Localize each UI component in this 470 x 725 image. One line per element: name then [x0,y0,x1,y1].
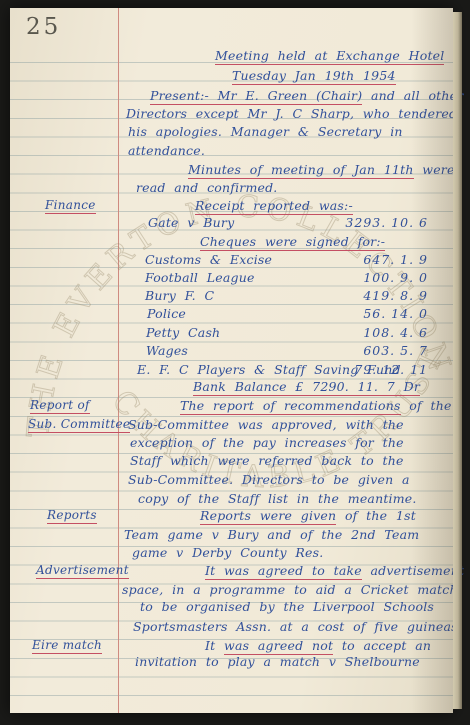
text: Police [147,306,186,321]
text: Team game v Bury and of the 2nd Team [124,527,419,542]
handwriting-line: Sportsmasters Assn. at a cost of five gu… [133,619,458,634]
text: Bury F. C [145,288,214,303]
page-fold-shadow [411,8,453,713]
text: read and confirmed. [136,180,277,195]
margin-note: Finance [45,198,96,214]
text: Wages [146,343,188,358]
text: copy of the Staff list in the meantime. [138,491,417,506]
handwriting-line: Wages [146,343,188,358]
ledger-page: 25 THE EVERTON COLLECTION CHARITABLE TRU… [10,8,453,713]
handwriting-line: copy of the Staff list in the meantime. [138,491,417,506]
text: It [205,638,224,653]
underlined-text: Bank Balance £ 7290. 11. 7 Dr [193,379,420,396]
handwriting-line: game v Derby County Res. [132,545,323,560]
book-fore-edge [453,12,462,709]
handwriting-line: read and confirmed. [136,180,277,195]
text: attendance. [128,143,205,158]
handwriting-line: It was agreed not to accept an [205,638,431,653]
handwriting-line: Receipt reported was:- [195,198,353,213]
handwriting-line: Gate v Bury [148,215,234,230]
text: Petty Cash [146,325,220,340]
underlined-text: Present:- Mr E. Green (Chair) [150,88,362,105]
text: exception of the pay increases for the [130,435,404,450]
handwriting-line: Team game v Bury and of the 2nd Team [124,527,419,542]
underlined-text: It was agreed to take [205,563,362,580]
handwriting-line: Sub-Committee. Directors to be given a [128,472,410,487]
text: invitation to play a match v Shelbourne [135,654,420,669]
handwriting-line: Police [147,306,186,321]
text: of the 1st [336,508,416,523]
handwriting-line: Football League [145,270,255,285]
handwriting-line: his apologies. Manager & Secretary in [128,124,403,139]
underlined-text: Tuesday Jan 19th 1954 [232,68,396,85]
handwriting-line: Sub-Committee was approved, with the [128,417,404,432]
text: Gate v Bury [148,215,234,230]
margin-note: Sub. Committee [28,417,130,433]
text: Directors except Mr J. C Sharp, who tend… [126,106,457,121]
handwriting-line: Staff which were referred back to the [130,453,404,468]
handwriting-line: Reports were given of the 1st [200,508,416,523]
page-number: 25 [26,14,61,40]
handwriting-line: Directors except Mr J. C Sharp, who tend… [126,106,457,121]
handwriting-line: Tuesday Jan 19th 1954 [232,68,396,83]
handwriting-line: Bank Balance £ 7290. 11. 7 Dr [193,379,420,394]
text: to be organised by the Liverpool Schools [140,599,434,614]
underlined-text: Cheques were signed for:- [200,234,385,251]
text: Staff which were referred back to the [130,453,404,468]
handwriting-line: Cheques were signed for:- [200,234,385,249]
underlined-text: was agreed not [224,638,333,655]
handwriting-line: space, in a programme to aid a Cricket m… [122,582,458,597]
scan-background: 25 THE EVERTON COLLECTION CHARITABLE TRU… [0,0,470,725]
handwriting-line: Customs & Excise [145,252,272,267]
handwriting-line: Petty Cash [146,325,220,340]
margin-note: Report of [30,398,90,414]
handwriting-line: exception of the pay increases for the [130,435,404,450]
margin-note: Advertisement [36,563,129,579]
text: Customs & Excise [145,252,272,267]
underlined-text: The report of recommendations [180,398,401,415]
handwriting-line: attendance. [128,143,205,158]
underlined-text: Reports were given [200,508,336,525]
underlined-text: Minutes of meeting of Jan 11th [188,162,414,179]
text: Sub-Committee was approved, with the [128,417,404,432]
underlined-text: Receipt reported was:- [195,198,353,215]
text: his apologies. Manager & Secretary in [128,124,403,139]
text: Sub-Committee. Directors to be given a [128,472,410,487]
red-margin-rule [118,8,119,713]
margin-note: Reports [47,508,97,524]
text: Sportsmasters Assn. at a cost of five gu… [133,619,458,634]
text: game v Derby County Res. [132,545,323,560]
handwriting-line: invitation to play a match v Shelbourne [135,654,420,669]
margin-note: Eire match [32,638,102,654]
handwriting-line: to be organised by the Liverpool Schools [140,599,434,614]
text: space, in a programme to aid a Cricket m… [122,582,458,597]
text: Football League [145,270,255,285]
handwriting-line: Bury F. C [145,288,214,303]
